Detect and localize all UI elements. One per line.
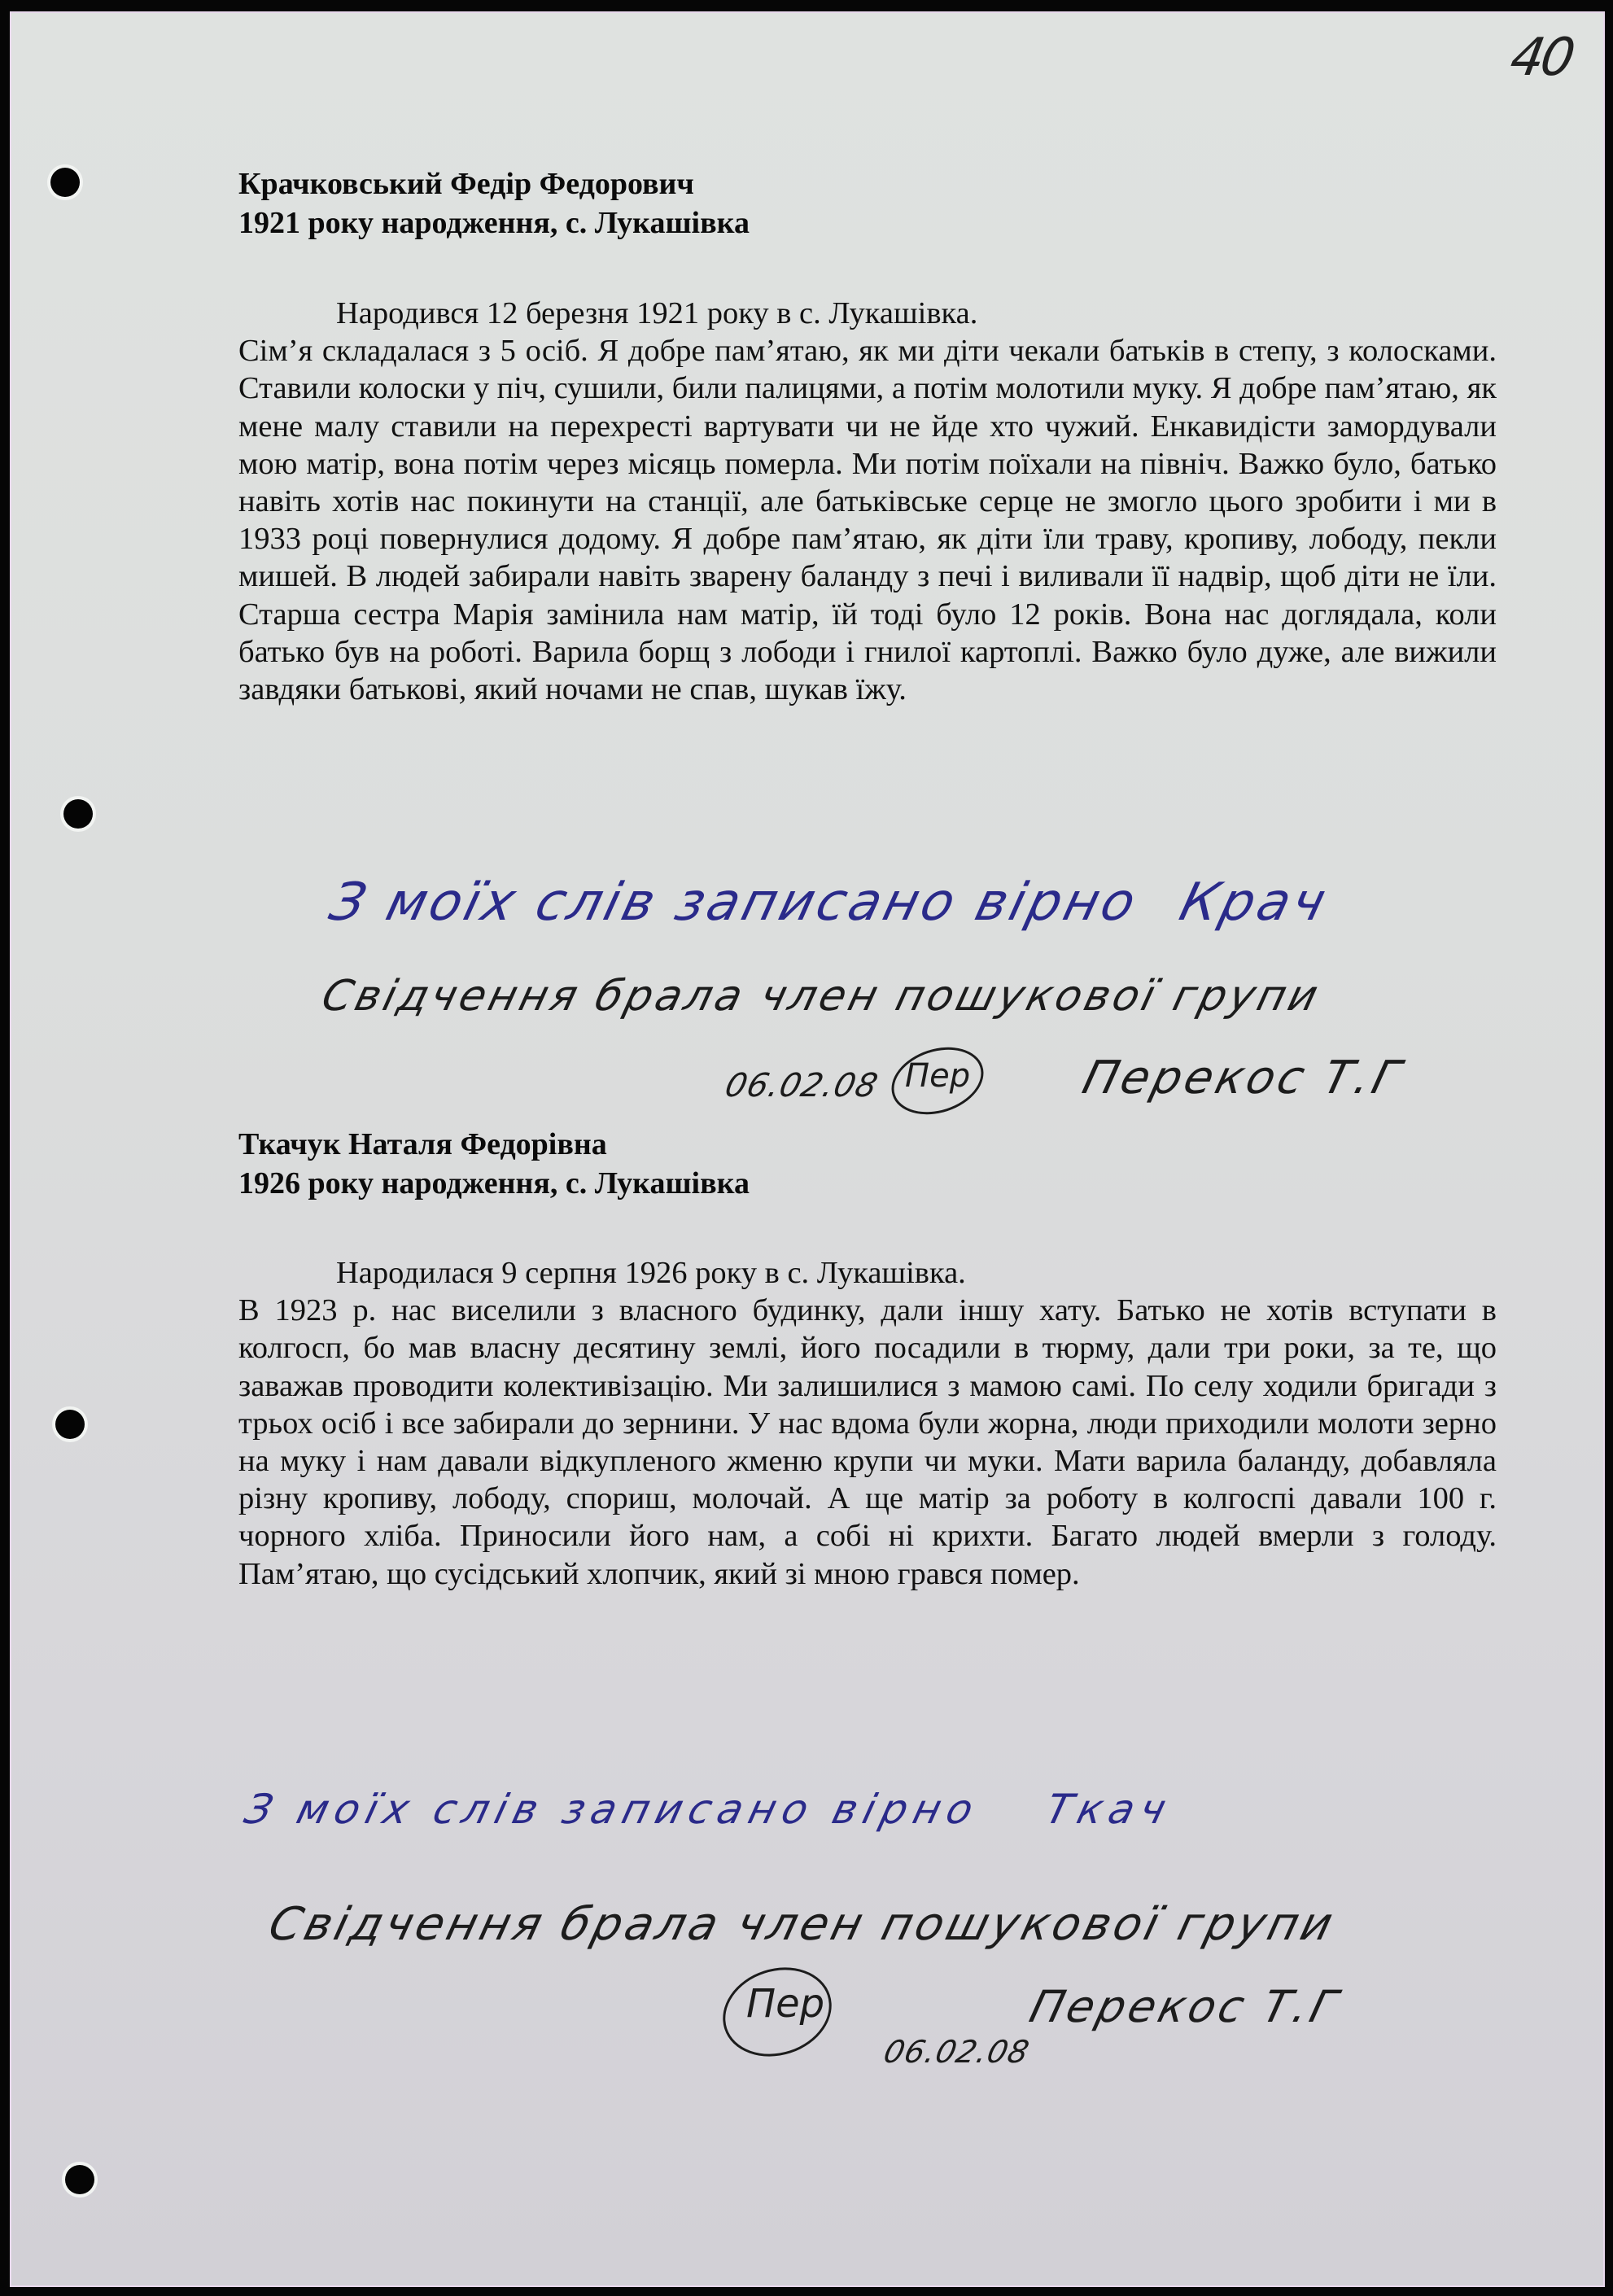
testimony-1-confirmation: З моїх слів записано вірно Крач bbox=[324, 872, 1335, 933]
witness-2-signature: Ткач bbox=[1041, 1786, 1177, 1833]
witness-1-signature: Крач bbox=[1174, 872, 1335, 933]
testimony-1-name: Крачковський Федір Федорович bbox=[238, 164, 750, 203]
testimony-1-date: 06.02.08 bbox=[721, 1067, 882, 1104]
page-number: 40 bbox=[1506, 28, 1576, 88]
testimony-2-collector-name: Перекос Т.Г bbox=[1025, 1981, 1345, 2032]
document-page: 40 Крачковський Федір Федорович 1921 рок… bbox=[10, 11, 1605, 2287]
testimony-2-collector-note: Свідчення брала член пошукової групи bbox=[264, 1898, 1341, 1951]
testimony-1-collector-name: Перекос Т.Г bbox=[1078, 1052, 1409, 1104]
testimony-2-text: В 1923 р. нас виселили з власного будинк… bbox=[238, 1292, 1497, 1593]
testimony-1-body: Народився 12 березня 1921 року в с. Лука… bbox=[238, 295, 1497, 708]
punch-hole-3 bbox=[55, 1410, 85, 1439]
testimony-1-text: Сім’я складалася з 5 осіб. Я добре пам’я… bbox=[238, 332, 1497, 708]
testimony-2-date: 06.02.08 bbox=[881, 2034, 1034, 2070]
punch-hole-2 bbox=[63, 799, 93, 829]
punch-hole-1 bbox=[50, 168, 80, 197]
punch-hole-4 bbox=[65, 2165, 94, 2194]
testimony-2-name: Ткачук Наталя Федорівна bbox=[238, 1125, 750, 1164]
testimony-1-birth-info: 1921 року народження, с. Лукашівка bbox=[238, 203, 750, 243]
testimony-1-heading: Крачковський Федір Федорович 1921 року н… bbox=[238, 164, 750, 243]
testimony-2-body: Народилася 9 серпня 1926 року в с. Лукаш… bbox=[238, 1254, 1497, 1593]
testimony-1-collector-note: Свідчення брала член пошукової групи bbox=[317, 972, 1327, 1021]
testimony-2-confirmation: З моїх слів записано вірно Ткач bbox=[240, 1786, 1178, 1833]
testimony-1-lead: Народився 12 березня 1921 року в с. Лука… bbox=[238, 295, 1497, 332]
collector-1-signature: Пер bbox=[905, 1057, 970, 1095]
collector-2-signature: Пер bbox=[746, 1981, 824, 2027]
testimony-2-lead: Народилася 9 серпня 1926 року в с. Лукаш… bbox=[238, 1254, 1497, 1292]
testimony-2-birth-info: 1926 року народження, с. Лукашівка bbox=[238, 1164, 750, 1203]
testimony-2-heading: Ткачук Наталя Федорівна 1926 року народж… bbox=[238, 1125, 750, 1203]
